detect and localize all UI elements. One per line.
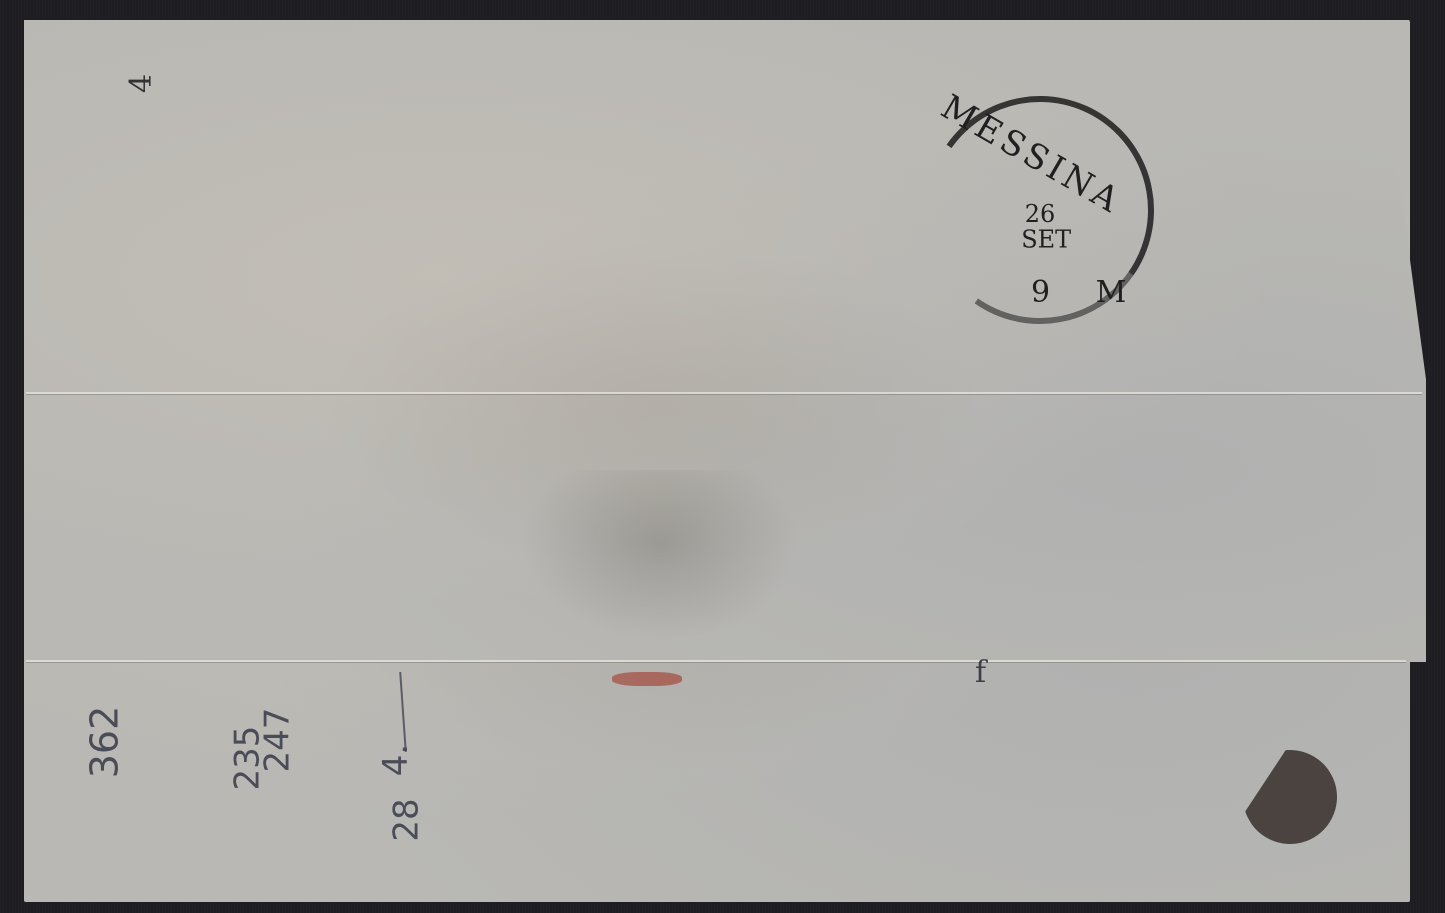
flap-edge <box>26 660 1406 662</box>
red-wax-trace <box>612 672 682 686</box>
postmark-day: 26 <box>1025 200 1056 228</box>
torn-seal-area <box>510 470 810 650</box>
postmark-month: SET <box>1021 225 1071 253</box>
pencil-number-left: 362 <box>82 706 126 779</box>
pencil-number-middle-2: 247 <box>257 708 297 773</box>
corner-pen-mark: 4 <box>124 74 159 93</box>
postmark-hour: 9 M <box>1031 275 1144 310</box>
fold-crease <box>26 392 1422 394</box>
pencil-number-right: 28 <box>387 798 427 841</box>
pencil-small-mark: f <box>975 655 986 690</box>
pencil-fraction: 4. <box>376 744 416 776</box>
